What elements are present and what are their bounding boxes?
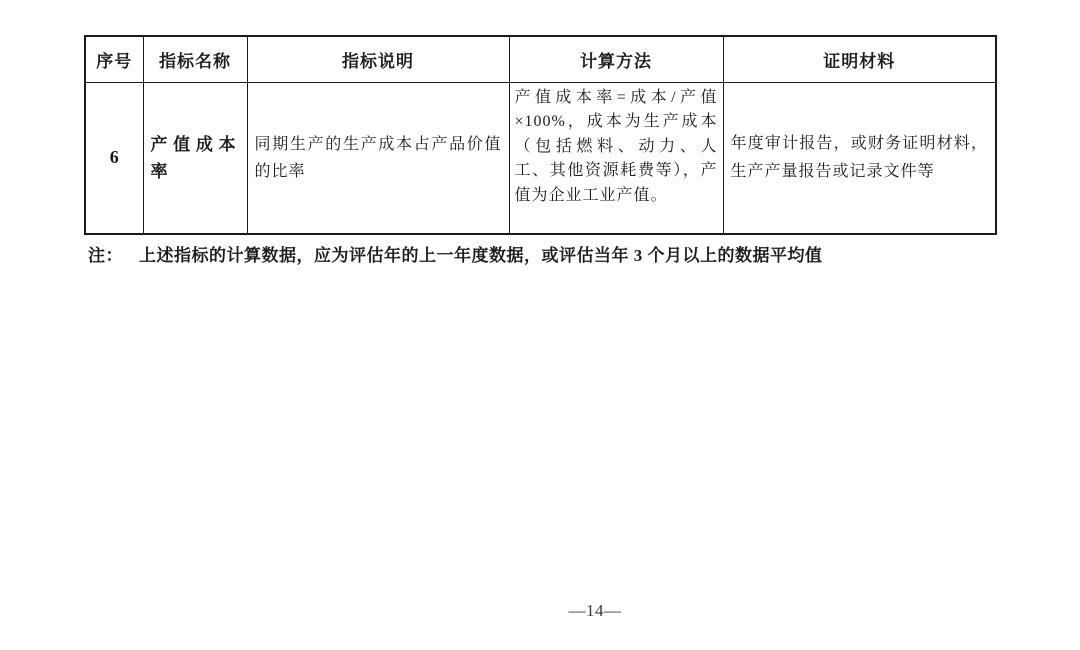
footnote: 注：上述指标的计算数据，应为评估年的上一年度数据，或评估当年 3 个月以上的数据…	[88, 241, 823, 266]
cell-indicator-description: 同期生产的生产成本占产品价值的比率	[247, 82, 509, 234]
indicator-table: 序号 指标名称 指标说明 计算方法 证明材料 6 产值成本率 同期生产的生产成本…	[84, 35, 997, 235]
table-row: 6 产值成本率 同期生产的生产成本占产品价值的比率 产值成本率=成本/产值×10…	[85, 82, 996, 234]
cell-serial-number: 6	[85, 82, 143, 234]
header-cell-indicator-name: 指标名称	[143, 36, 247, 82]
header-cell-serial: 序号	[85, 36, 143, 82]
header-cell-indicator-description: 指标说明	[247, 36, 509, 82]
header-cell-evidence-materials: 证明材料	[723, 36, 996, 82]
cell-evidence-materials: 年度审计报告，或财务证明材料，生产产量报告或记录文件等	[723, 82, 996, 234]
indicator-table-container: 序号 指标名称 指标说明 计算方法 证明材料 6 产值成本率 同期生产的生产成本…	[84, 35, 997, 235]
footnote-text: 上述指标的计算数据，应为评估年的上一年度数据，或评估当年 3 个月以上的数据平均…	[139, 246, 823, 265]
page-number: —14—	[0, 601, 1080, 621]
header-cell-calculation-method: 计算方法	[509, 36, 723, 82]
footnote-label: 注：	[88, 246, 123, 265]
header-row: 序号 指标名称 指标说明 计算方法 证明材料	[85, 36, 996, 82]
cell-indicator-name: 产值成本率	[143, 82, 247, 234]
cell-calculation-method: 产值成本率=成本/产值×100%，成本为生产成本（包括燃料、动力、人工、其他资源…	[509, 82, 723, 234]
document-page: { "page": { "background": "#ffffff", "te…	[0, 0, 1080, 650]
